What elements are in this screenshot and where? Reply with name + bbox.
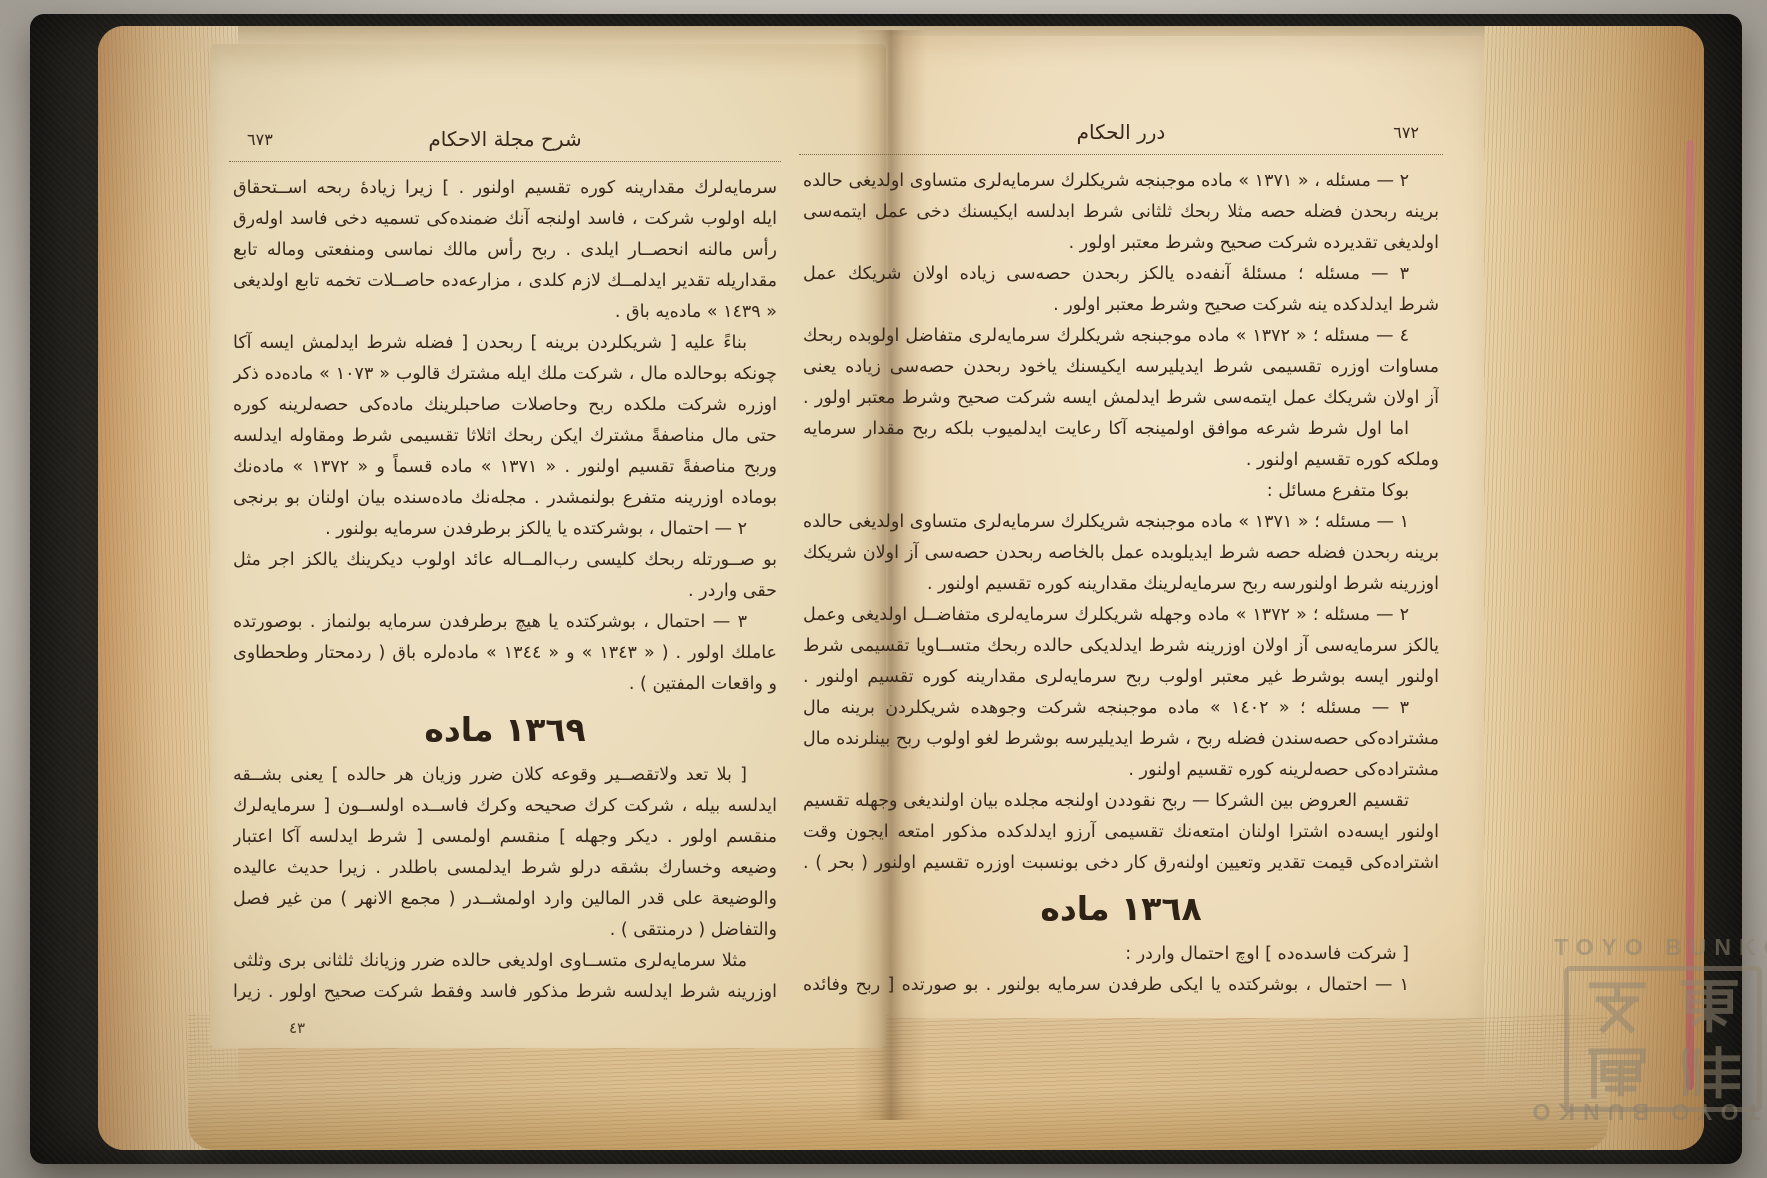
text-line: ٤ — مسئله ؛ « ١٣٧٢ » ماده موجبنجه شريكلر…: [803, 321, 1439, 352]
text-line: آز اولان شريكك عمل ايتمه‌سى شرط ايدلمش ا…: [803, 383, 1439, 414]
right-page-header: ٦٧٢ درر الحكام: [795, 120, 1447, 148]
text-line: چونكه بوحالده مال ، شركت ملك ايله مشترك …: [233, 359, 777, 390]
text-line: حتى مال مناصفةً مشترك ايكن ربحك اثلاثا ت…: [233, 421, 777, 452]
right-text-block-top: ٢ — مسئله ، « ١٣٧١ » ماده موجبنجه شريكلر…: [803, 166, 1439, 879]
text-line: ١ — مسئله ؛ « ١٣٧١ » ماده موجبنجه شريكلر…: [803, 507, 1439, 538]
photo-backdrop: ٦٧٣ شرح مجلة الاحكام سرمايه‌لرك مقدارينه…: [0, 0, 1767, 1178]
text-line: مساوات اوزره تقسيمى شرط ايديليرسه ايكيسن…: [803, 352, 1439, 383]
text-line: والتفاضل ( درمنتقى ) .: [233, 915, 777, 946]
text-line: رأس مالنه انحصــار ايلدى . ربح رأس مالك …: [233, 235, 777, 266]
right-running-title: درر الحكام: [795, 120, 1447, 144]
text-line: شرط ايدلدكده ينه شركت صحيح وشرط معتبر او…: [803, 290, 1439, 321]
text-line: اولنور ايسه بوشرط غير معتبر اولوب ربح سر…: [803, 662, 1439, 693]
text-line: بناءً عليه [ شريكلردن برينه ] ربحدن [ فض…: [233, 328, 777, 359]
article-heading-1369: ١٣٦٩ ماده: [233, 704, 777, 756]
text-line: اوزرينه شرط اولنورسه ربح سرمايه‌لرينك مق…: [803, 569, 1439, 600]
text-line: بوكا متفرع مسائل :: [803, 476, 1439, 507]
left-page-text: سرمايه‌لرك مقدارينه كوره تقسيم اولنور . …: [233, 173, 777, 1008]
text-line: و واقعات المفتين ) .: [233, 669, 777, 700]
text-line: اوزرينه شرط ايدلسه شرط مذكور فاسد وفقط ش…: [233, 977, 777, 1008]
text-line: ٣ — مسئله ؛ « ١٤٠٢ » ماده موجبنجه شركت و…: [803, 693, 1439, 724]
text-line: تقسيم العروض بين الشركا — ربح نقوددن اول…: [803, 786, 1439, 817]
text-line: [ شركت فاسده‌ده ] اوچ احتمال واردر :: [803, 939, 1439, 970]
text-line: يالكز سرمايه‌سى آز اولان اوزرينه شرط ايد…: [803, 631, 1439, 662]
text-line: برينه ربحدن فضله حصه شرط ايديلوبده عمل ب…: [803, 538, 1439, 569]
text-line: ٢ — مسئله ؛ « ١٣٧٢ » ماده وجهله شريكلرك …: [803, 600, 1439, 631]
right-text-block-bottom: [ شركت فاسده‌ده ] اوچ احتمال واردر :١ — …: [803, 939, 1439, 1001]
left-running-title: شرح مجلة الاحكام: [225, 127, 785, 151]
text-line: اما اول شرط شرعه موافق اولمينجه آكا رعاي…: [803, 414, 1439, 445]
text-line: ايله اولوب شركت ، فاسد اولنجه آنك ضمنده‌…: [233, 204, 777, 235]
text-line: اولديغى تقديرده شركت صحيح وشرط معتبر اول…: [803, 228, 1439, 259]
right-page-text: ٢ — مسئله ، « ١٣٧١ » ماده موجبنجه شريكلر…: [803, 166, 1439, 1001]
text-line: والوضيعة على قدر المالين وارد اولمشــدر …: [233, 884, 777, 915]
text-line: بوماده اوزرينه متفرع بولنمشدر . مجله‌نك …: [233, 483, 777, 514]
right-page: ٦٧٢ درر الحكام ٢ — مسئله ، « ١٣٧١ » ماده…: [795, 108, 1447, 1048]
text-line: وضيعه وخسارك بشقه درلو شرط ايدلمسى باطلد…: [233, 853, 777, 884]
text-line: ٢ — مسئله ، « ١٣٧١ » ماده موجبنجه شريكلر…: [803, 166, 1439, 197]
left-text-block-top: سرمايه‌لرك مقدارينه كوره تقسيم اولنور . …: [233, 173, 777, 700]
text-line: مقداريله تقدير ايدلمــك لازم كلدى ، مزار…: [233, 266, 777, 297]
text-line: « ١٤٣٩ » ماده‌يه باق .: [233, 297, 777, 328]
text-line: عاملك اولور . ( « ١٣٤٣ » و « ١٣٤٤ » ماده…: [233, 638, 777, 669]
page-edge-tint: [1686, 140, 1694, 1090]
left-page: ٦٧٣ شرح مجلة الاحكام سرمايه‌لرك مقدارينه…: [225, 115, 785, 1055]
text-line: اوزره شركت ملكده ربح وحاصلات صاحبلرينك م…: [233, 390, 777, 421]
text-line: ٢ — احتمال ، بوشركتده يا يالكز برطرفدن س…: [233, 514, 777, 545]
text-line: [ بلا تعد ولاتقصــير وقوعه كلان ضرر وزيا…: [233, 760, 777, 791]
left-text-block-bottom: [ بلا تعد ولاتقصــير وقوعه كلان ضرر وزيا…: [233, 760, 777, 1008]
left-header-rule: [229, 161, 781, 162]
text-line: اشتراده‌كى قيمت تقدير وتعيين اولنه‌رق كا…: [803, 848, 1439, 879]
text-line: ٣ — احتمال ، بوشركتده يا هيچ برطرفدن سرم…: [233, 607, 777, 638]
text-line: مشتراده‌كى حصه‌لرينه كوره تقسيم اولنور .: [803, 755, 1439, 786]
text-line: وملكه كوره تقسيم اولنور .: [803, 445, 1439, 476]
text-line: ١ — احتمال ، بوشركتده يا ايكى طرفدن سرما…: [803, 970, 1439, 1001]
text-line: ٣ — مسئله ؛ مسئلهٔ آنفه‌ده يالكز ربحدن ح…: [803, 259, 1439, 290]
signature-mark: ٤٣: [289, 1019, 305, 1037]
text-line: مشتراده‌كى حصه‌سندن فضله ربح ، شرط ايديل…: [803, 724, 1439, 755]
left-page-header: ٦٧٣ شرح مجلة الاحكام: [225, 127, 785, 155]
text-line: برينه ربحدن فضله حصه مثلا ربحك ثلثانى شر…: [803, 197, 1439, 228]
text-line: منقسم اولور . ديكر وجهله ] منقسم اولمسى …: [233, 822, 777, 853]
text-line: مثلا سرمايه‌لرى متســاوى اولديغى حالده ض…: [233, 946, 777, 977]
text-line: اولنور ايسه‌ده اشترا اولنان امتعه‌نك تقس…: [803, 817, 1439, 848]
text-line: بو صــورتله ربحك كليسى رب‌المــاله عائد …: [233, 545, 777, 576]
right-header-rule: [799, 154, 1443, 155]
text-line: حقى واردر .: [233, 576, 777, 607]
text-line: سرمايه‌لرك مقدارينه كوره تقسيم اولنور . …: [233, 173, 777, 204]
text-line: ايدلسه بيله ، شركت كرك صحيحه وكرك فاســد…: [233, 791, 777, 822]
article-heading-1368: ١٣٦٨ ماده: [803, 883, 1439, 935]
page-edges-right: [1484, 26, 1704, 1150]
text-line: وربح مناصفةً تقسيم اولنور . « ١٣٧١ » ماد…: [233, 452, 777, 483]
